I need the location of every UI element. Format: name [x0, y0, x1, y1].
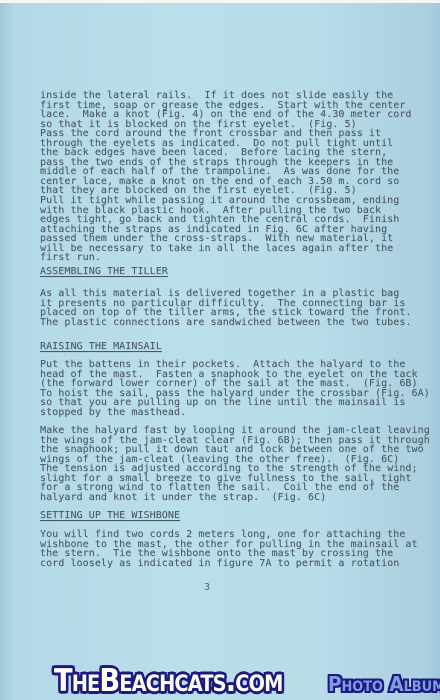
section-heading-raising-the-mainsail: RAISING THE MAINSAIL: [40, 342, 162, 352]
page-number: 3: [204, 582, 210, 593]
watermark-photo-albums-label: Photo Albums: [328, 672, 440, 696]
section-heading-setting-up-the-wishbone: SETTING UP THE WISHBONE: [40, 511, 180, 521]
paragraph-assembling-the-tiller: As all this material is delivered togeth…: [40, 289, 412, 327]
paragraph-trampoline-lacing: inside the lateral rails. If it does not…: [40, 91, 412, 263]
paragraph-setting-up-the-wishbone: You will find two cords 2 meters long, o…: [40, 530, 418, 568]
section-heading-assembling-the-tiller: ASSEMBLING THE TILLER: [40, 267, 168, 277]
scan-edge-strip: [0, 0, 440, 3]
paragraph-raising-the-mainsail-2: Make the halyard fast by looping it arou…: [40, 426, 430, 502]
watermark-site-name: TheBeachcats.com: [54, 663, 283, 699]
watermark: TheBeachcats.com Photo Albums: [54, 663, 440, 699]
paragraph-raising-the-mainsail-1: Put the battens in their pockets. Attach…: [40, 360, 430, 417]
